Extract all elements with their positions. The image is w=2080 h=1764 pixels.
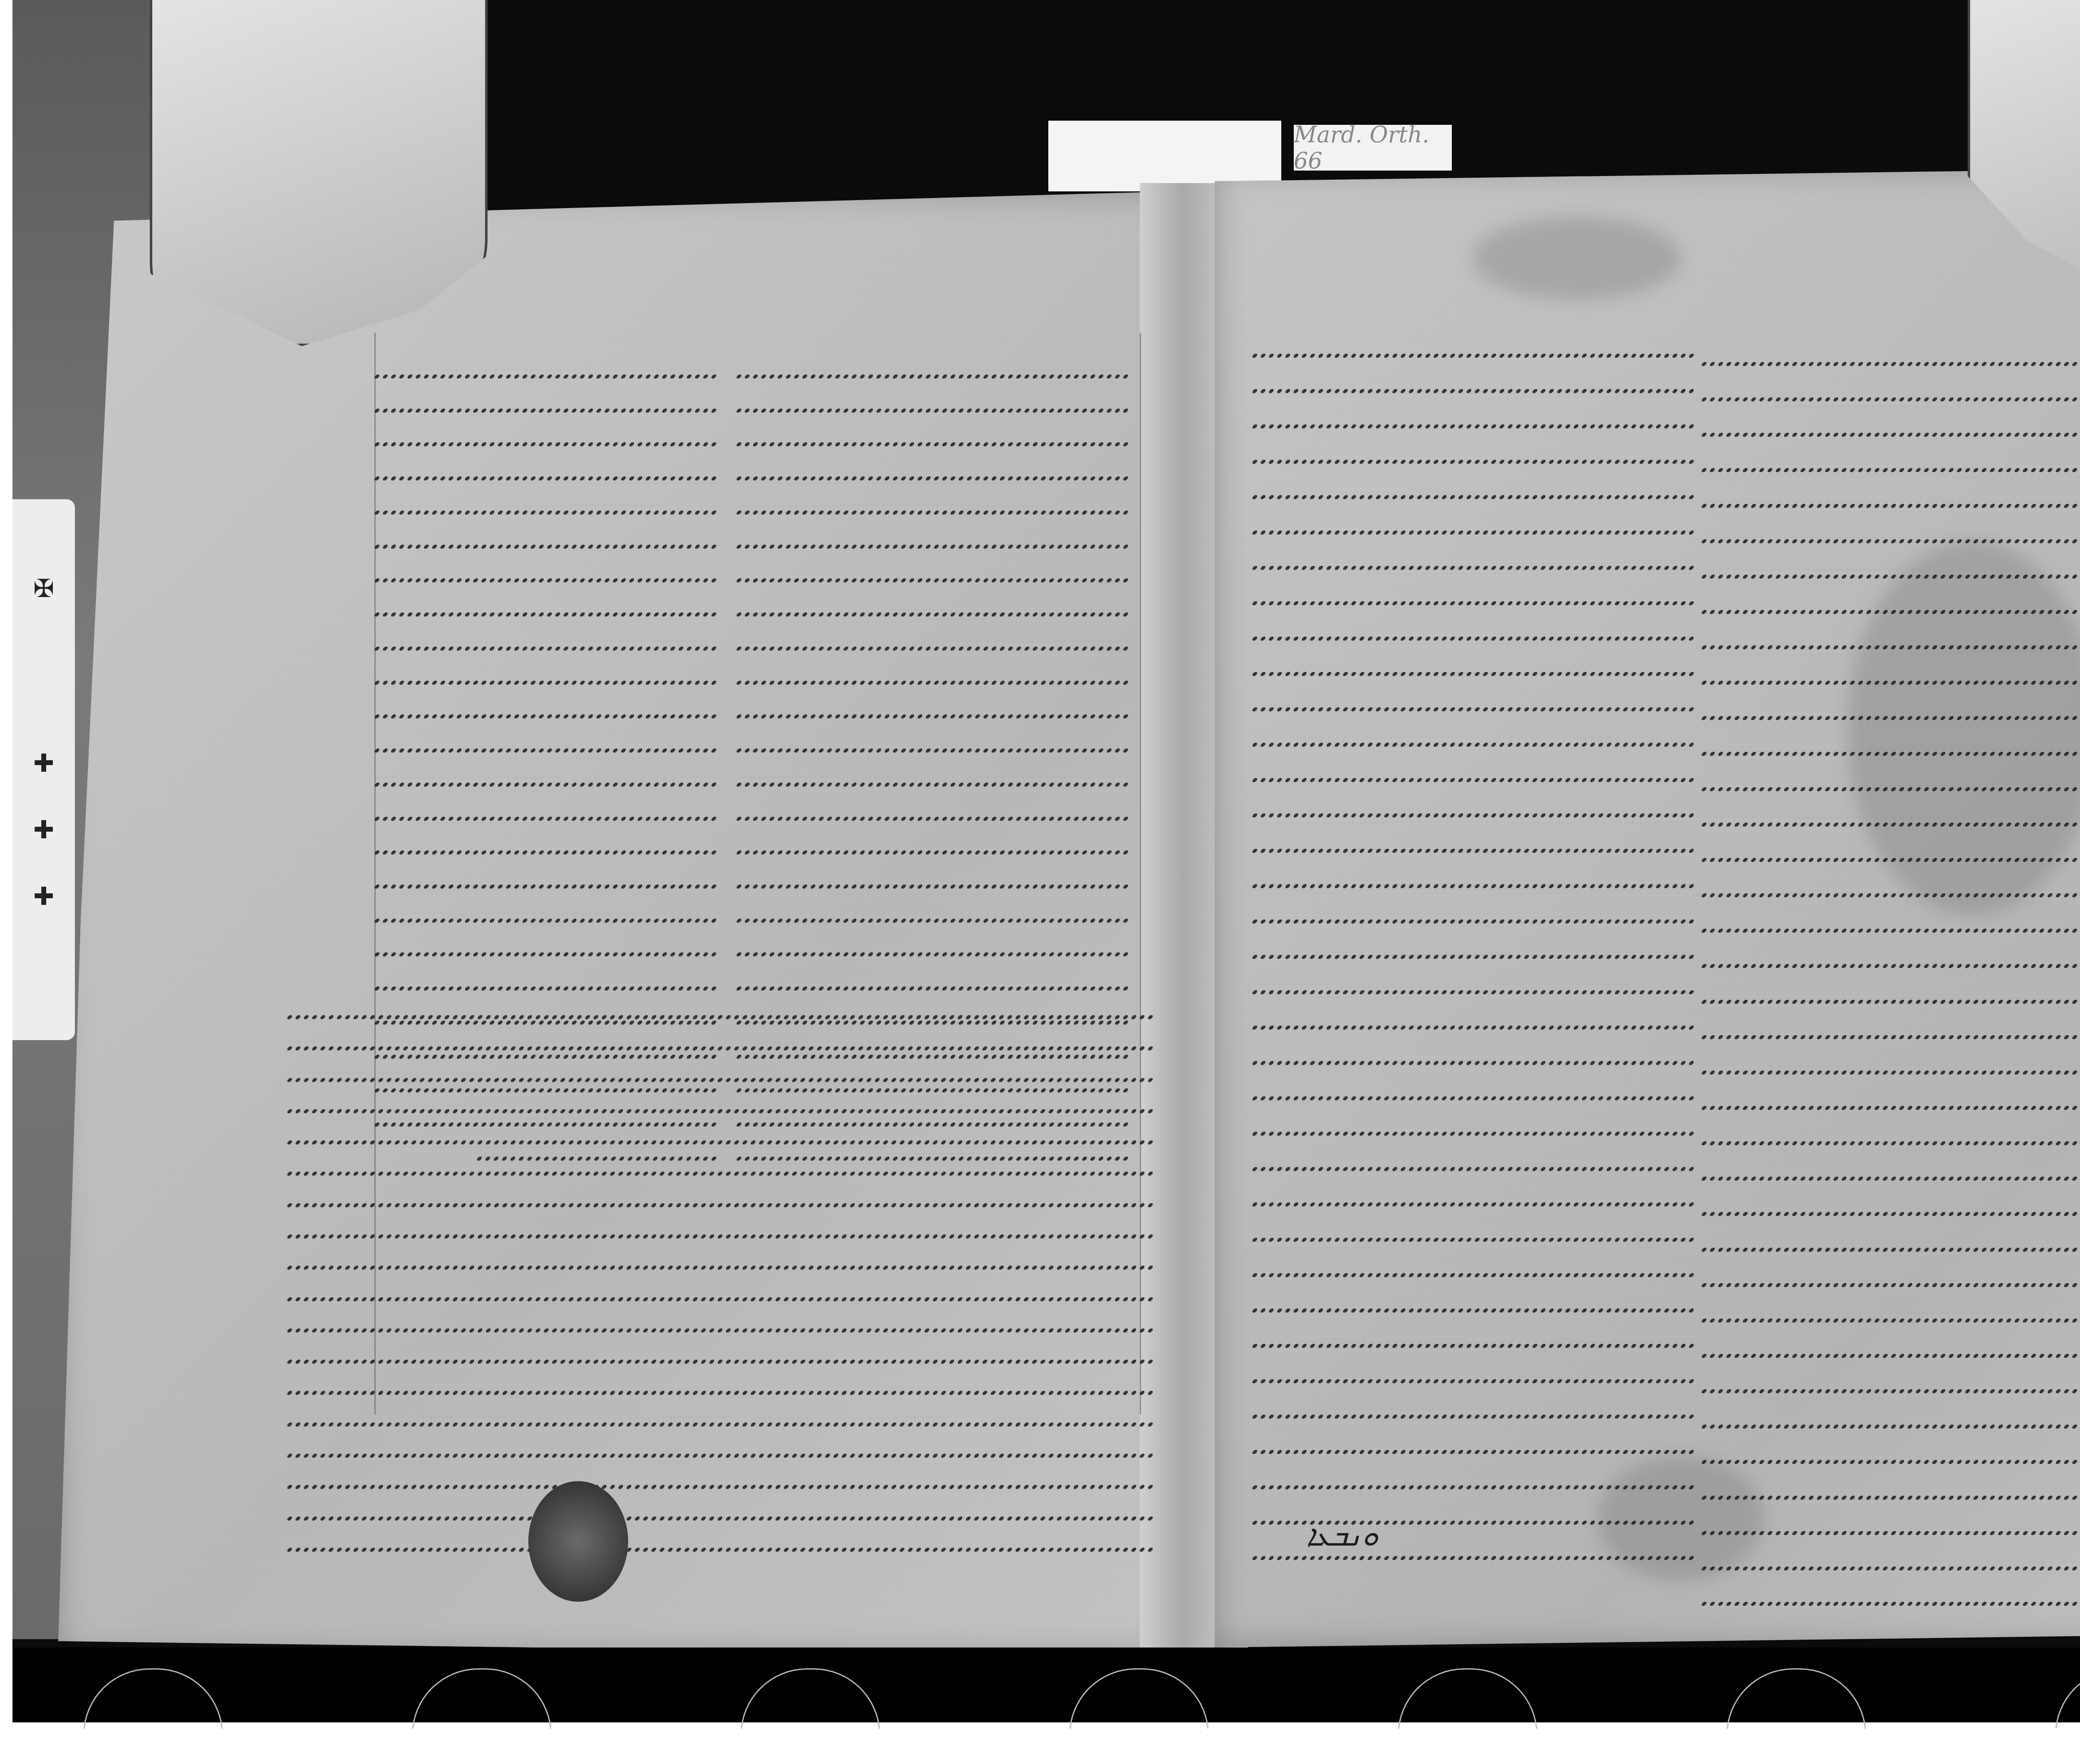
left-hand xyxy=(150,0,488,346)
right-page-column-left xyxy=(1256,341,1697,1560)
open-manuscript: ܘܢܒܥܐ xyxy=(58,166,2080,1648)
cross-ornament: ✚ xyxy=(33,882,54,911)
left-page-lower-block xyxy=(291,1003,1156,1552)
cross-ornament: ✚ xyxy=(33,815,54,845)
shelfmark-label: Mard. Orth. 66 xyxy=(1294,125,1452,171)
right-page-column-right xyxy=(1706,349,2080,1606)
cross-ornament: ✠ xyxy=(33,574,54,603)
seal-stamp xyxy=(528,1481,628,1602)
stain xyxy=(1473,216,1681,300)
cross-ornament: ✚ xyxy=(33,749,54,778)
scan-margin xyxy=(0,1729,2080,1764)
catchword: ܘܢܒܥܐ xyxy=(1306,1519,1378,1553)
